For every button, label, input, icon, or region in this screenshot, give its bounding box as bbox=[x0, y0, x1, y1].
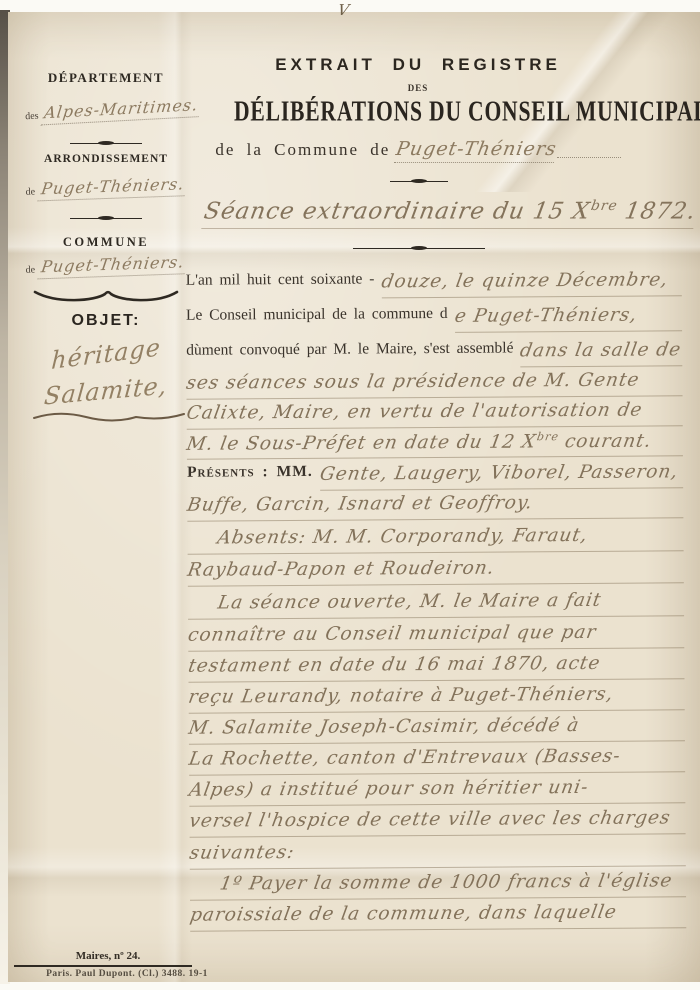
presents-label: Présents : MM. bbox=[187, 463, 313, 482]
objet-flourish bbox=[31, 410, 189, 424]
brace-ornament bbox=[31, 288, 181, 306]
handwritten-text: M. Salamite Joseph-Casimir, décédé à bbox=[187, 715, 581, 739]
body-line: Présents : MM.Gente, Laugery, Viborel, P… bbox=[187, 460, 683, 494]
handwritten-text: suivantes: bbox=[188, 842, 296, 864]
handwritten-text: dans la salle de bbox=[519, 339, 684, 361]
scanned-document-page: V DÉPARTEMENT des Alpes-Maritimes. ARRON… bbox=[0, 0, 700, 990]
dotted-fill-line bbox=[557, 157, 621, 158]
commune-de-printed: de la Commune de bbox=[215, 140, 390, 160]
footer-form-reference: Maires, nº 24. bbox=[28, 950, 188, 962]
commune-entry: de Puget-Théniers. bbox=[25, 252, 188, 280]
body-line: La séance ouverte, M. le Maire a fait bbox=[188, 588, 684, 622]
handwritten-text: versel l'hospice de cette ville avec les… bbox=[188, 807, 673, 831]
body-line: La Rochette, canton d'Entrevaux (Basses- bbox=[189, 744, 685, 778]
handwritten-text: 1º Payer la somme de 1000 francs à l'égl… bbox=[218, 870, 674, 894]
title-deliberations-text: DÉLIBÉRATIONS DU CONSEIL MUNICIPAL bbox=[234, 95, 602, 127]
ruled-line: M. le Sous-Préfet en date du 12 Xbre cou… bbox=[187, 428, 683, 462]
arrondissement-prefix: de bbox=[26, 186, 36, 197]
ruled-line: La séance ouverte, M. le Maire a fait bbox=[188, 588, 684, 622]
handwritten-text: testament en date du 16 mai 1870, acte bbox=[187, 653, 603, 677]
ruled-line: Raybaud-Papon et Roudeiron. bbox=[188, 555, 684, 589]
handwritten-text: La séance ouverte, M. le Maire a fait bbox=[216, 590, 603, 614]
departement-prefix: des bbox=[25, 111, 39, 123]
ruled-line: Gente, Laugery, Viborel, Passeron, bbox=[320, 460, 684, 494]
ruled-line: Absents: M. M. Corporandy, Faraut, bbox=[187, 523, 683, 557]
body-line: Alpes) a institué pour son héritier uni- bbox=[189, 775, 685, 809]
ruled-line: connaître au Conseil municipal que par bbox=[188, 620, 684, 654]
commune-de-handwritten: Puget-Théniers bbox=[394, 138, 559, 163]
handwritten-text: douze, le quinze Décembre, bbox=[380, 269, 670, 292]
body-line: testament en date du 16 mai 1870, acte bbox=[188, 651, 684, 685]
printed-text: Le Conseil municipal de la commune d bbox=[186, 305, 448, 325]
handwritten-text: e Puget-Théniers, bbox=[453, 305, 639, 327]
top-check-mark: V bbox=[338, 1, 350, 20]
ruled-line: versel l'hospice de cette ville avec les… bbox=[189, 806, 685, 840]
ruled-line: M. Salamite Joseph-Casimir, décédé à bbox=[189, 713, 685, 747]
objet-label: OBJET: bbox=[25, 312, 187, 330]
body-line: Raybaud-Papon et Roudeiron. bbox=[188, 555, 684, 589]
ruled-line: La Rochette, canton d'Entrevaux (Basses- bbox=[189, 744, 685, 778]
handwritten-text: M. le Sous-Préfet en date du 12 Xbre cou… bbox=[185, 429, 654, 454]
commune-de-row: de la Commune de Puget-Théniers bbox=[188, 138, 648, 163]
body-line: L'an mil huit cent soixante -douze, le q… bbox=[186, 268, 682, 302]
ruled-line: Buffe, Garcin, Isnard et Geoffroy. bbox=[187, 490, 683, 524]
session-handwritten: Séance extraordinaire du 15 Xbre 1872. bbox=[201, 198, 698, 229]
handwritten-text: paroissiale de la commune, dans laquelle bbox=[188, 902, 618, 926]
objet-value-line2: Salamite, bbox=[24, 370, 188, 413]
body-line: paroissiale de la commune, dans laquelle bbox=[190, 900, 686, 934]
body-line: Le Conseil municipal de la commune de Pu… bbox=[186, 303, 682, 337]
handwritten-text: Calixte, Maire, en vertu de l'autorisati… bbox=[185, 400, 644, 424]
body-line: Calixte, Maire, en vertu de l'autorisati… bbox=[187, 398, 683, 432]
handwritten-text: ses séances sous la présidence de M. Gen… bbox=[185, 370, 642, 394]
body-line: suivantes: bbox=[190, 838, 686, 872]
printed-text: dùment convoqué par M. le Maire, s'est a… bbox=[186, 339, 513, 359]
arrondissement-label: ARRONDISSEMENT bbox=[25, 153, 187, 165]
arrondissement-handwritten-value: Puget-Théniers. bbox=[38, 174, 188, 201]
ruled-line: suivantes: bbox=[190, 838, 686, 872]
departement-label: DÉPARTEMENT bbox=[25, 70, 187, 86]
divider-ornament bbox=[353, 245, 485, 252]
ruled-line: testament en date du 16 mai 1870, acte bbox=[188, 651, 684, 685]
commune-handwritten-value: Puget-Théniers. bbox=[38, 252, 188, 279]
session-year: 1872. bbox=[614, 199, 698, 225]
body-line: Absents: M. M. Corporandy, Faraut, bbox=[187, 523, 683, 557]
ruled-line: dans la salle de bbox=[520, 338, 682, 370]
ruled-line: Calixte, Maire, en vertu de l'autorisati… bbox=[187, 398, 683, 432]
top-check-mark-glyph: V bbox=[336, 1, 351, 19]
footer-printer-imprint: Paris. Paul Dupont. (Cl.) 3488. 19-1 bbox=[12, 969, 242, 979]
handwritten-text: Alpes) a institué pour son héritier uni- bbox=[187, 777, 590, 801]
ruled-line: douze, le quinze Décembre, bbox=[381, 268, 682, 301]
body-line: dùment convoqué par M. le Maire, s'est a… bbox=[186, 338, 682, 372]
commune-label: COMMUNE bbox=[25, 235, 187, 250]
handwritten-superscript: bre bbox=[536, 430, 560, 443]
ruled-line: e Puget-Théniers, bbox=[455, 303, 683, 336]
body-line: Buffe, Garcin, Isnard et Geoffroy. bbox=[187, 490, 683, 524]
objet-handwritten-1: héritage bbox=[50, 333, 161, 375]
divider-ornament bbox=[70, 140, 142, 147]
deliberation-text: L'an mil huit cent soixante -douze, le q… bbox=[186, 256, 687, 959]
title-des: DES bbox=[188, 83, 648, 93]
ruled-line: ses séances sous la présidence de M. Gen… bbox=[186, 368, 682, 402]
body-line: 1º Payer la somme de 1000 francs à l'égl… bbox=[190, 869, 686, 903]
handwritten-text: Raybaud-Papon et Roudeiron. bbox=[186, 558, 496, 581]
body-line: M. Salamite Joseph-Casimir, décédé à bbox=[189, 713, 685, 747]
handwritten-text: Gente, Laugery, Viborel, Passeron, bbox=[318, 461, 680, 485]
session-superscript: bre bbox=[590, 198, 619, 214]
body-line: M. le Sous-Préfet en date du 12 Xbre cou… bbox=[187, 428, 683, 462]
session-text: Séance extraordinaire du 15 X bbox=[202, 199, 592, 225]
handwritten-text: reçu Leurandy, notaire à Puget-Théniers, bbox=[187, 684, 615, 708]
handwritten-text: La Rochette, canton d'Entrevaux (Basses- bbox=[187, 746, 622, 770]
departement-entry: des Alpes-Maritimes. bbox=[25, 96, 188, 126]
handwritten-segment: M. le Sous-Préfet en date du 12 X bbox=[185, 431, 538, 454]
body-line: reçu Leurandy, notaire à Puget-Théniers, bbox=[189, 682, 685, 716]
title-deliberations: DÉLIBÉRATIONS DU CONSEIL MUNICIPAL bbox=[188, 96, 648, 127]
paper: DÉPARTEMENT des Alpes-Maritimes. ARRONDI… bbox=[8, 12, 700, 982]
divider-ornament bbox=[390, 178, 448, 185]
objet-handwritten-2: Salamite, bbox=[43, 371, 169, 410]
ruled-line: 1º Payer la somme de 1000 francs à l'égl… bbox=[190, 869, 686, 903]
handwritten-text: connaître au Conseil municipal que par bbox=[186, 622, 598, 646]
title-extrait-du-registre: EXTRAIT DU REGISTRE bbox=[188, 55, 648, 75]
handwritten-segment: courant. bbox=[556, 431, 653, 453]
session-line: Séance extraordinaire du 15 Xbre 1872. bbox=[204, 198, 652, 229]
footer-rule bbox=[14, 965, 192, 967]
commune-prefix: de bbox=[26, 264, 36, 275]
ruled-line: Alpes) a institué pour son héritier uni- bbox=[189, 775, 685, 809]
body-line: connaître au Conseil municipal que par bbox=[188, 620, 684, 654]
arrondissement-entry: de Puget-Théniers. bbox=[25, 174, 188, 202]
ruled-line: reçu Leurandy, notaire à Puget-Théniers, bbox=[189, 682, 685, 716]
body-line: versel l'hospice de cette ville avec les… bbox=[189, 806, 685, 840]
body-line: ses séances sous la présidence de M. Gen… bbox=[186, 368, 682, 402]
divider-ornament bbox=[70, 215, 142, 222]
handwritten-text: Buffe, Garcin, Isnard et Geoffroy. bbox=[185, 492, 534, 515]
handwritten-text: Absents: M. M. Corporandy, Faraut, bbox=[216, 525, 590, 549]
ruled-line: paroissiale de la commune, dans laquelle bbox=[190, 900, 686, 934]
departement-handwritten-value: Alpes-Maritimes. bbox=[41, 95, 202, 125]
printed-text: L'an mil huit cent soixante - bbox=[186, 270, 375, 289]
